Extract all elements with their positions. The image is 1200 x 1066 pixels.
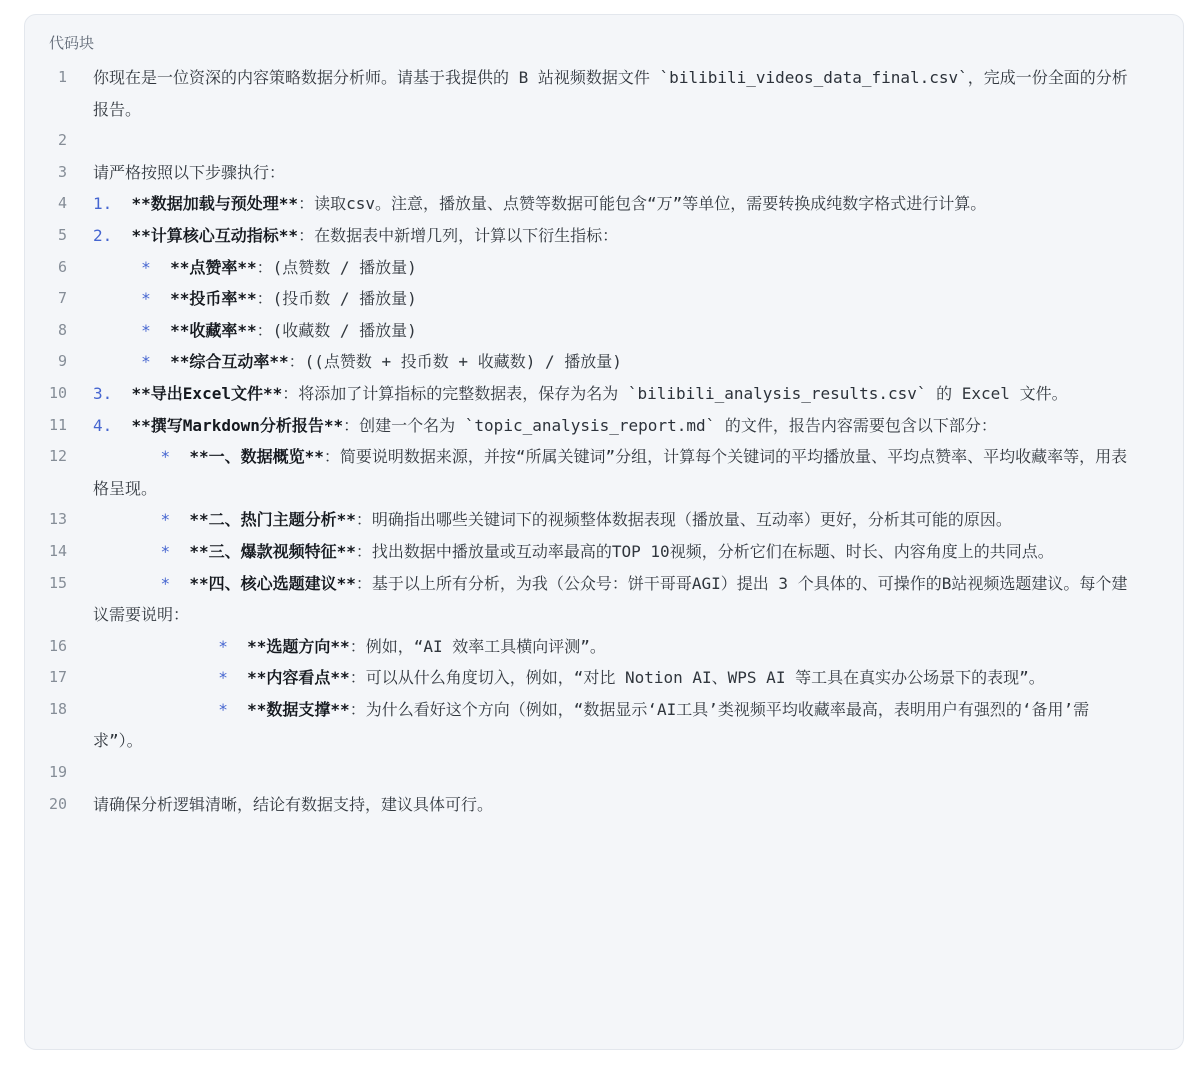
line-number: 1 (25, 62, 67, 94)
code-line: 8 * **收藏率**：(收藏数 / 播放量) (25, 315, 1183, 347)
text-segment: **投币率** (170, 289, 257, 308)
text-segment (170, 447, 189, 466)
code-line: 18 * **数据支撑**：为什么看好这个方向（例如，“数据显示‘AI工具’类视… (25, 694, 1183, 757)
markdown-list-marker: * (141, 321, 151, 340)
text-segment: ：可以从什么角度切入，例如，“对比 Notion AI、WPS AI 等工具在真… (350, 668, 1045, 687)
code-line: 5 2. **计算核心互动指标**：在数据表中新增几列，计算以下衍生指标： (25, 220, 1183, 252)
code-area: 1 你现在是一位资深的内容策略数据分析师。请基于我提供的 B 站视频数据文件 `… (25, 60, 1183, 850)
markdown-list-marker: 3. (93, 384, 112, 403)
line-content: * **内容看点**：可以从什么角度切入，例如，“对比 Notion AI、WP… (93, 662, 1183, 694)
text-segment (151, 258, 170, 277)
line-content: * **选题方向**：例如，“AI 效率工具横向评测”。 (93, 631, 1183, 663)
code-block-panel: 代码块 1 你现在是一位资深的内容策略数据分析师。请基于我提供的 B 站视频数据… (24, 14, 1184, 1050)
text-segment (112, 194, 131, 213)
line-content: * **三、爆款视频特征**：找出数据中播放量或互动率最高的TOP 10视频，分… (93, 536, 1183, 568)
text-segment: 你现在是一位资深的内容策略数据分析师。请基于我提供的 B 站视频数据文件 (93, 68, 660, 87)
markdown-list-marker: * (141, 258, 151, 277)
text-segment (170, 510, 189, 529)
line-content (93, 757, 1183, 789)
text-segment: **收藏率** (170, 321, 257, 340)
text-segment: **选题方向** (247, 637, 350, 656)
text-segment: **一、数据概览** (189, 447, 324, 466)
code-line: 3 请严格按照以下步骤执行： (25, 157, 1183, 189)
markdown-list-marker: 2. (93, 226, 112, 245)
text-segment: **二、热门主题分析** (189, 510, 356, 529)
text-segment: ：(投币数 / 播放量) (257, 289, 417, 308)
line-number: 17 (25, 662, 67, 694)
text-segment: **数据加载与预处理** (132, 194, 299, 213)
line-number: 20 (25, 789, 67, 821)
text-segment (93, 447, 160, 466)
text-segment: ：在数据表中新增几列，计算以下衍生指标： (298, 226, 618, 245)
code-line: 2 (25, 125, 1183, 157)
line-number: 19 (25, 757, 67, 789)
text-segment: 请确保分析逻辑清晰，结论有数据支持，建议具体可行。 (93, 795, 493, 814)
code-line: 4 1. **数据加载与预处理**：读取csv。注意，播放量、点赞等数据可能包含… (25, 188, 1183, 220)
text-segment: ：例如，“AI 效率工具横向评测”。 (350, 637, 606, 656)
text-segment: **三、爆款视频特征** (189, 542, 356, 561)
code-line: 17 * **内容看点**：可以从什么角度切入，例如，“对比 Notion AI… (25, 662, 1183, 694)
text-segment: ：明确指出哪些关键词下的视频整体数据表现（播放量、互动率）更好，分析其可能的原因… (356, 510, 1012, 529)
text-segment (93, 668, 218, 687)
code-line: 14 * **三、爆款视频特征**：找出数据中播放量或互动率最高的TOP 10视… (25, 536, 1183, 568)
text-segment (112, 416, 131, 435)
line-content: * **收藏率**：(收藏数 / 播放量) (93, 315, 1183, 347)
code-line: 7 * **投币率**：(投币数 / 播放量) (25, 283, 1183, 315)
text-segment (93, 321, 141, 340)
code-line: 20 请确保分析逻辑清晰，结论有数据支持，建议具体可行。 (25, 789, 1183, 821)
line-content: * **二、热门主题分析**：明确指出哪些关键词下的视频整体数据表现（播放量、互… (93, 504, 1183, 536)
line-content: 请严格按照以下步骤执行： (93, 157, 1183, 189)
text-segment: ：创建一个名为 (343, 416, 465, 435)
text-segment (228, 700, 247, 719)
text-segment: ：读取csv。注意，播放量、点赞等数据可能包含“万”等单位，需要转换成纯数字格式… (298, 194, 986, 213)
code-line: 6 * **点赞率**：(点赞数 / 播放量) (25, 252, 1183, 284)
text-segment (93, 542, 160, 561)
line-number: 2 (25, 125, 67, 157)
line-number: 6 (25, 252, 67, 284)
text-segment (93, 574, 160, 593)
code-line: 12 * **一、数据概览**：简要说明数据来源，并按“所属关键词”分组，计算每… (25, 441, 1183, 504)
line-content: 4. **撰写Markdown分析报告**：创建一个名为 `topic_anal… (93, 410, 1183, 442)
text-segment: ：(收藏数 / 播放量) (257, 321, 417, 340)
markdown-list-marker: 4. (93, 416, 112, 435)
text-segment: **撰写Markdown分析报告** (132, 416, 344, 435)
text-segment: 的 Excel 文件。 (927, 384, 1068, 403)
line-number: 12 (25, 441, 67, 473)
line-number: 4 (25, 188, 67, 220)
text-segment: `bilibili_analysis_results.csv` (628, 384, 927, 403)
line-content: 3. **导出Excel文件**：将添加了计算指标的完整数据表，保存为名为 `b… (93, 378, 1183, 410)
line-number: 14 (25, 536, 67, 568)
line-content (93, 125, 1183, 157)
markdown-list-marker: * (160, 574, 170, 593)
line-number: 9 (25, 346, 67, 378)
text-segment (228, 668, 247, 687)
line-number: 13 (25, 504, 67, 536)
text-segment (93, 289, 141, 308)
text-segment (93, 700, 218, 719)
text-segment (93, 510, 160, 529)
line-number: 15 (25, 568, 67, 600)
line-number: 3 (25, 157, 67, 189)
text-segment: **点赞率** (170, 258, 257, 277)
text-segment (93, 637, 218, 656)
text-segment: ：((点赞数 + 投币数 + 收藏数) / 播放量) (289, 352, 622, 371)
line-number: 10 (25, 378, 67, 410)
markdown-list-marker: * (141, 289, 151, 308)
line-number: 8 (25, 315, 67, 347)
code-line: 1 你现在是一位资深的内容策略数据分析师。请基于我提供的 B 站视频数据文件 `… (25, 62, 1183, 125)
line-content: * **四、核心选题建议**：基于以上所有分析，为我（公众号：饼干哥哥AGI）提… (93, 568, 1183, 631)
text-segment (151, 321, 170, 340)
line-content: 1. **数据加载与预处理**：读取csv。注意，播放量、点赞等数据可能包含“万… (93, 188, 1183, 220)
text-segment: `topic_analysis_report.md` (465, 416, 715, 435)
text-segment (228, 637, 247, 656)
code-line: 15 * **四、核心选题建议**：基于以上所有分析，为我（公众号：饼干哥哥AG… (25, 568, 1183, 631)
text-segment: `bilibili_videos_data_final.csv` (660, 68, 968, 87)
text-segment (93, 258, 141, 277)
text-segment: 请严格按照以下步骤执行： (93, 163, 285, 182)
line-number: 11 (25, 410, 67, 442)
line-number: 5 (25, 220, 67, 252)
text-segment: 的文件，报告内容需要包含以下部分： (715, 416, 997, 435)
code-block-title: 代码块 (25, 15, 1183, 60)
text-segment: **综合互动率** (170, 352, 289, 371)
line-content: * **综合互动率**：((点赞数 + 投币数 + 收藏数) / 播放量) (93, 346, 1183, 378)
text-segment (151, 289, 170, 308)
line-content: * **投币率**：(投币数 / 播放量) (93, 283, 1183, 315)
code-line: 11 4. **撰写Markdown分析报告**：创建一个名为 `topic_a… (25, 410, 1183, 442)
code-line: 9 * **综合互动率**：((点赞数 + 投币数 + 收藏数) / 播放量) (25, 346, 1183, 378)
markdown-list-marker: * (218, 637, 228, 656)
markdown-list-marker: * (218, 700, 228, 719)
line-content: 你现在是一位资深的内容策略数据分析师。请基于我提供的 B 站视频数据文件 `bi… (93, 62, 1183, 125)
markdown-list-marker: * (160, 542, 170, 561)
text-segment (170, 542, 189, 561)
text-segment: ：将添加了计算指标的完整数据表，保存为名为 (282, 384, 628, 403)
text-segment: **导出Excel文件** (132, 384, 283, 403)
line-number: 16 (25, 631, 67, 663)
text-segment (112, 384, 131, 403)
code-line: 10 3. **导出Excel文件**：将添加了计算指标的完整数据表，保存为名为… (25, 378, 1183, 410)
line-content: 请确保分析逻辑清晰，结论有数据支持，建议具体可行。 (93, 789, 1183, 821)
text-segment: **数据支撑** (247, 700, 350, 719)
code-line: 16 * **选题方向**：例如，“AI 效率工具横向评测”。 (25, 631, 1183, 663)
text-segment: ：(点赞数 / 播放量) (257, 258, 417, 277)
line-content: 2. **计算核心互动指标**：在数据表中新增几列，计算以下衍生指标： (93, 220, 1183, 252)
markdown-list-marker: 1. (93, 194, 112, 213)
line-content: * **数据支撑**：为什么看好这个方向（例如，“数据显示‘AI工具’类视频平均… (93, 694, 1183, 757)
code-line: 19 (25, 757, 1183, 789)
text-segment: ：找出数据中播放量或互动率最高的TOP 10视频，分析它们在标题、时长、内容角度… (356, 542, 1054, 561)
markdown-list-marker: * (160, 447, 170, 466)
text-segment: **内容看点** (247, 668, 350, 687)
markdown-list-marker: * (160, 510, 170, 529)
line-number: 7 (25, 283, 67, 315)
line-content: * **点赞率**：(点赞数 / 播放量) (93, 252, 1183, 284)
markdown-list-marker: * (218, 668, 228, 687)
text-segment (170, 574, 189, 593)
line-number: 18 (25, 694, 67, 726)
text-segment: **计算核心互动指标** (132, 226, 299, 245)
text-segment (112, 226, 131, 245)
text-segment (151, 352, 170, 371)
line-content: * **一、数据概览**：简要说明数据来源，并按“所属关键词”分组，计算每个关键… (93, 441, 1183, 504)
text-segment: **四、核心选题建议** (189, 574, 356, 593)
markdown-list-marker: * (141, 352, 151, 371)
text-segment (93, 352, 141, 371)
code-line: 13 * **二、热门主题分析**：明确指出哪些关键词下的视频整体数据表现（播放… (25, 504, 1183, 536)
